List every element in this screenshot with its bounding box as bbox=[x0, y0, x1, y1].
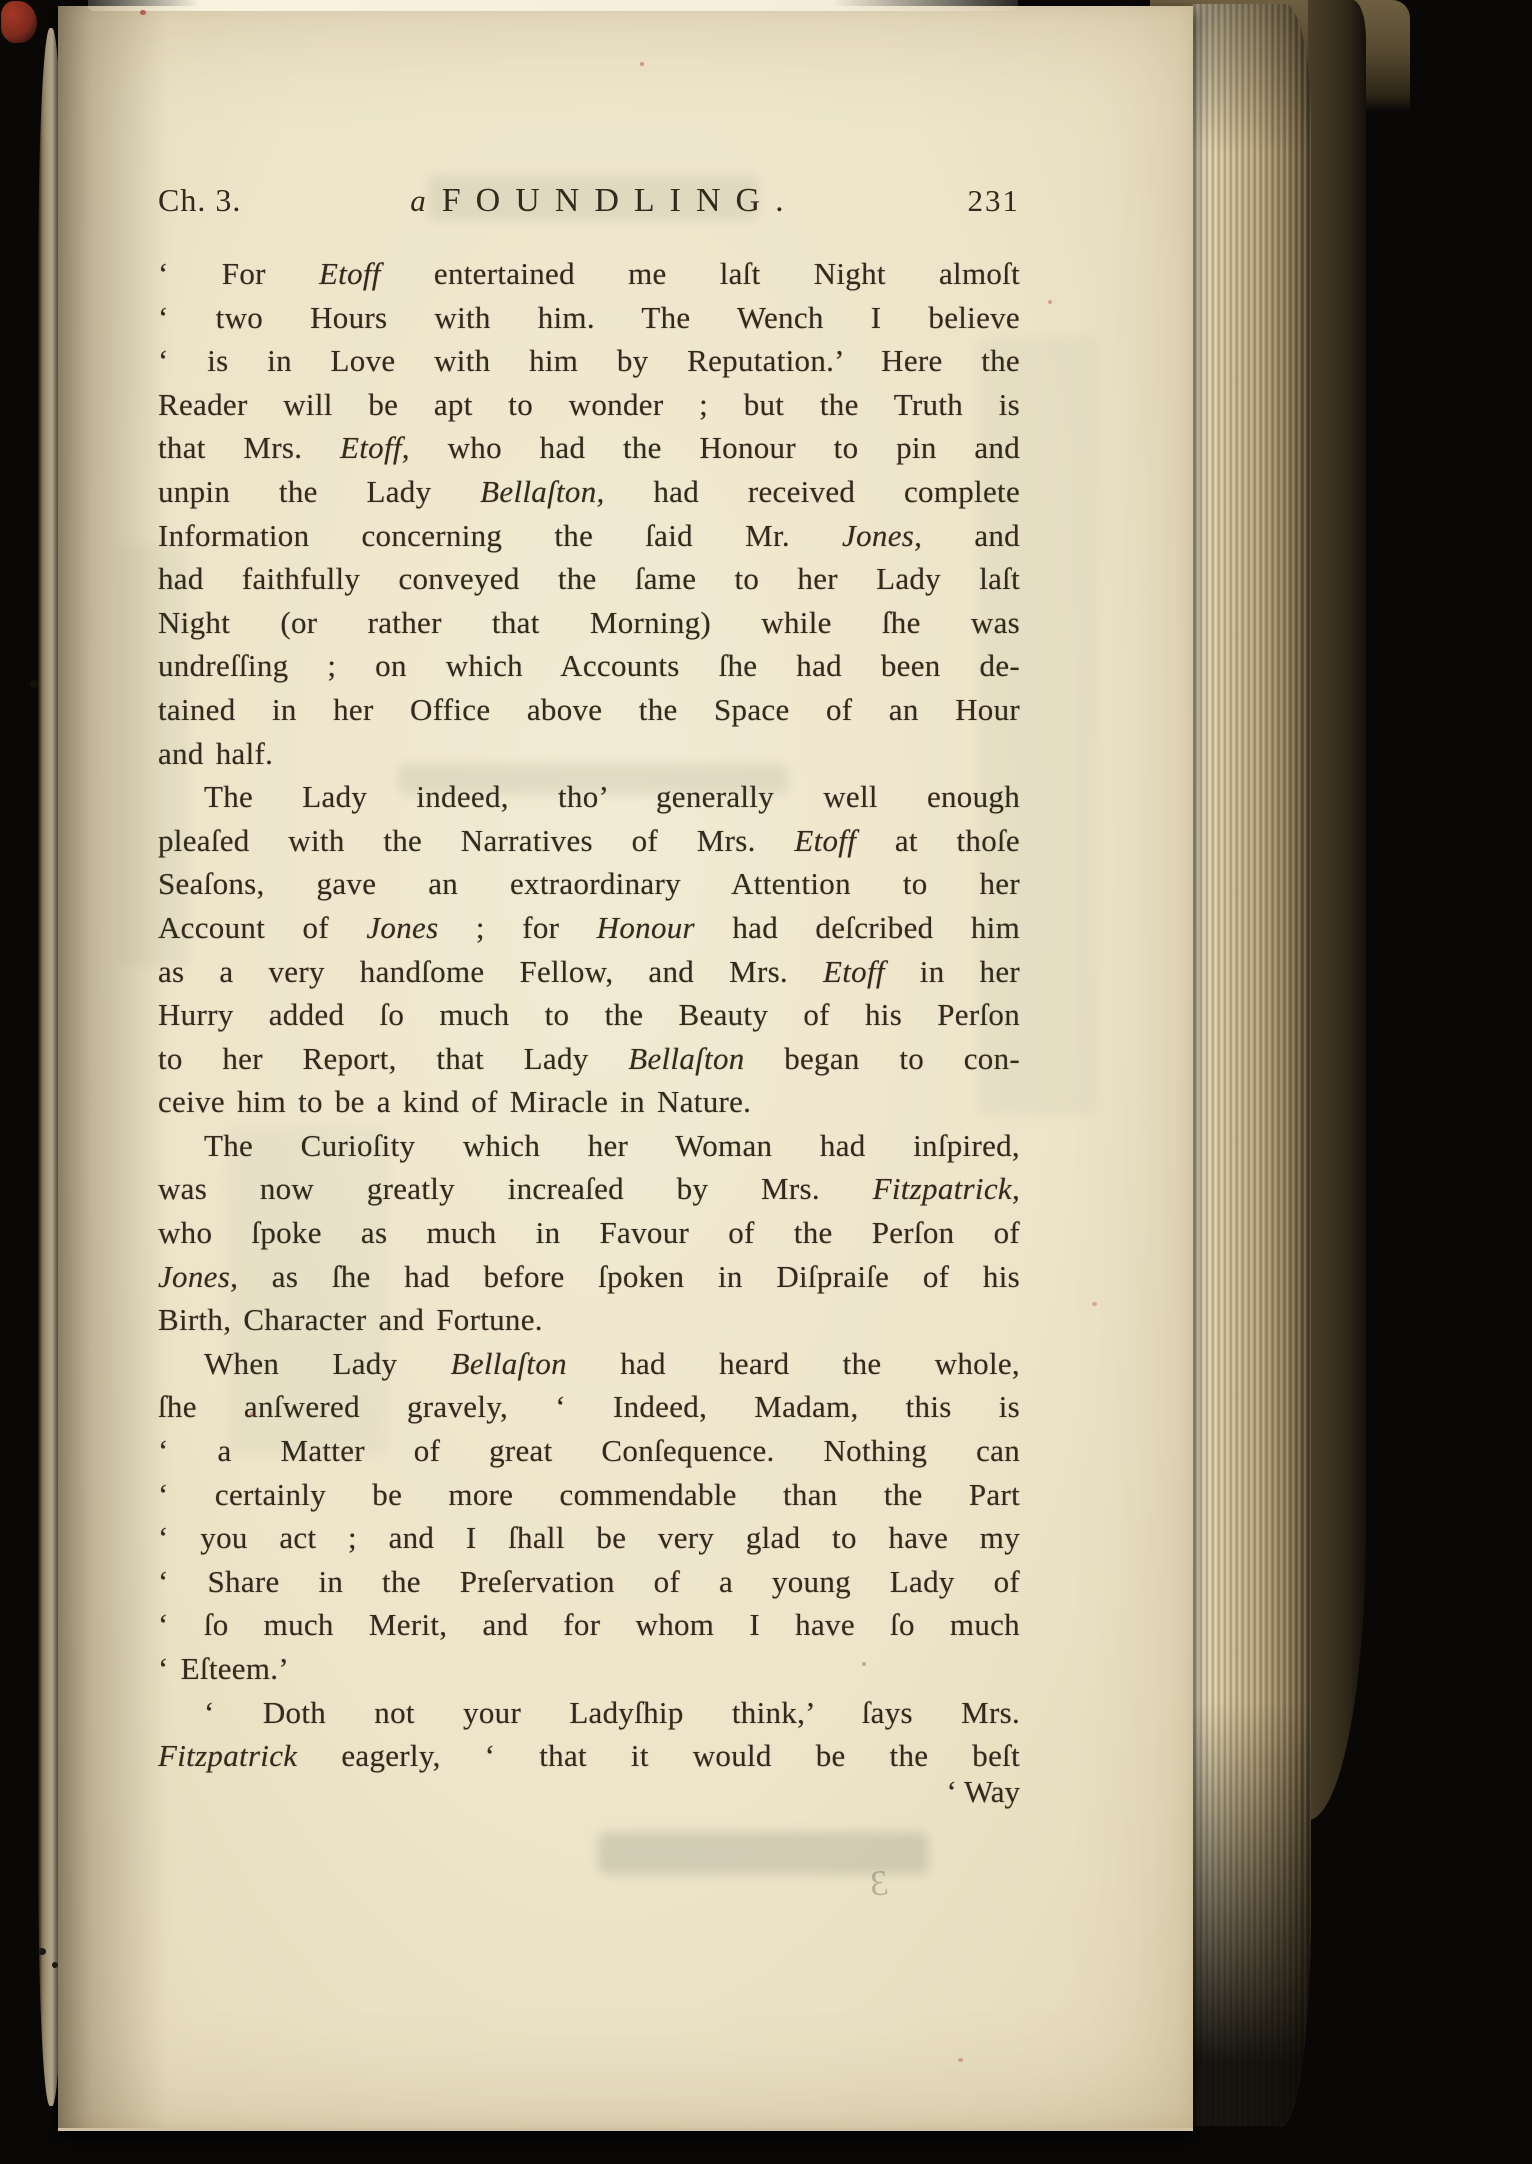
page-top-edge-highlight bbox=[88, 0, 1018, 11]
running-title-caps: FOUNDLING. bbox=[442, 182, 799, 219]
text-line: Night (or rather that Morning) while ſhe… bbox=[158, 601, 1020, 645]
text-line: as a very handſome Fellow, and Mrs. Etof… bbox=[158, 950, 1020, 994]
text-line: unpin the Lady Bellaſton, had received c… bbox=[158, 470, 1020, 514]
text-line: ‘ you act ; and I ſhall be very glad to … bbox=[158, 1516, 1020, 1560]
text-line: was now greatly increaſed by Mrs. Fitzpa… bbox=[158, 1167, 1020, 1211]
text-line: Birth, Character and Fortune. bbox=[158, 1298, 1020, 1342]
text-line: ſhe anſwered gravely, ‘ Indeed, Madam, t… bbox=[158, 1385, 1020, 1429]
text-line: ‘ For Etoff entertained me laſt Night al… bbox=[158, 252, 1020, 296]
running-title-article: a bbox=[410, 183, 426, 218]
text-line: ‘ certainly be more commendable than the… bbox=[158, 1473, 1020, 1517]
signature-mark-showthrough: 3 bbox=[868, 1861, 890, 1905]
text-line: to her Report, that Lady Bellaſton began… bbox=[158, 1037, 1020, 1081]
book-photo: Ch. 3. aFOUNDLING. 231 3 ‘ For Etoff ent… bbox=[0, 0, 1532, 2164]
text-line: The Lady indeed, tho’ generally well eno… bbox=[158, 775, 1020, 819]
text-line: Reader will be apt to wonder ; but the T… bbox=[158, 383, 1020, 427]
text-line: undreſſing ; on which Accounts ſhe had b… bbox=[158, 644, 1020, 688]
text-line: ‘ a Matter of great Conſequence. Nothing… bbox=[158, 1429, 1020, 1473]
page-number: 231 bbox=[967, 183, 1020, 219]
catchword: ‘ Way bbox=[158, 1774, 1020, 1810]
text-line: ‘ Doth not your Ladyſhip think,’ ſays Mr… bbox=[158, 1691, 1020, 1735]
text-line: Hurry added ſo much to the Beauty of his… bbox=[158, 993, 1020, 1037]
text-line: When Lady Bellaſton had heard the whole, bbox=[158, 1342, 1020, 1386]
book-page: Ch. 3. aFOUNDLING. 231 3 ‘ For Etoff ent… bbox=[58, 6, 1193, 2131]
text-line: ‘ ſo much Merit, and for whom I have ſo … bbox=[158, 1603, 1020, 1647]
red-leather-fragment bbox=[1, 1, 37, 43]
book-cover-edge bbox=[1308, 0, 1366, 1820]
text-column: ‘ For Etoff entertained me laſt Night al… bbox=[158, 252, 1020, 1778]
text-line: Seaſons, gave an extraordinary Attention… bbox=[158, 862, 1020, 906]
text-line: ‘ Share in the Preſervation of a young L… bbox=[158, 1560, 1020, 1604]
text-line: ‘ two Hours with him. The Wench I believ… bbox=[158, 296, 1020, 340]
text-line: ‘ Eſteem.’ bbox=[158, 1647, 1020, 1691]
page-edges-stack bbox=[1193, 4, 1311, 2126]
paper-speck bbox=[30, 680, 38, 688]
chapter-label: Ch. 3. bbox=[158, 182, 241, 219]
text-line: ceive him to be a kind of Miracle in Nat… bbox=[158, 1080, 1020, 1124]
text-line: pleaſed with the Narratives of Mrs. Etof… bbox=[158, 819, 1020, 863]
page-header: Ch. 3. aFOUNDLING. 231 bbox=[158, 182, 1020, 220]
text-line: ‘ is in Love with him by Reputation.’ He… bbox=[158, 339, 1020, 383]
text-line: Fitzpatrick eagerly, ‘ that it would be … bbox=[158, 1734, 1020, 1778]
text-line: Information concerning the ſaid Mr. Jone… bbox=[158, 514, 1020, 558]
text-line: had faithfully conveyed the ſame to her … bbox=[158, 557, 1020, 601]
text-line: and half. bbox=[158, 732, 1020, 776]
text-line: The Curioſity which her Woman had inſpir… bbox=[158, 1124, 1020, 1168]
text-line: that Mrs. Etoff, who had the Honour to p… bbox=[158, 426, 1020, 470]
text-line: who ſpoke as much in Favour of the Perſo… bbox=[158, 1211, 1020, 1255]
text-line: Account of Jones ; for Honour had deſcri… bbox=[158, 906, 1020, 950]
running-title: aFOUNDLING. bbox=[410, 182, 798, 220]
text-line: Jones, as ſhe had before ſpoken in Diſpr… bbox=[158, 1255, 1020, 1299]
text-line: tained in her Office above the Space of … bbox=[158, 688, 1020, 732]
